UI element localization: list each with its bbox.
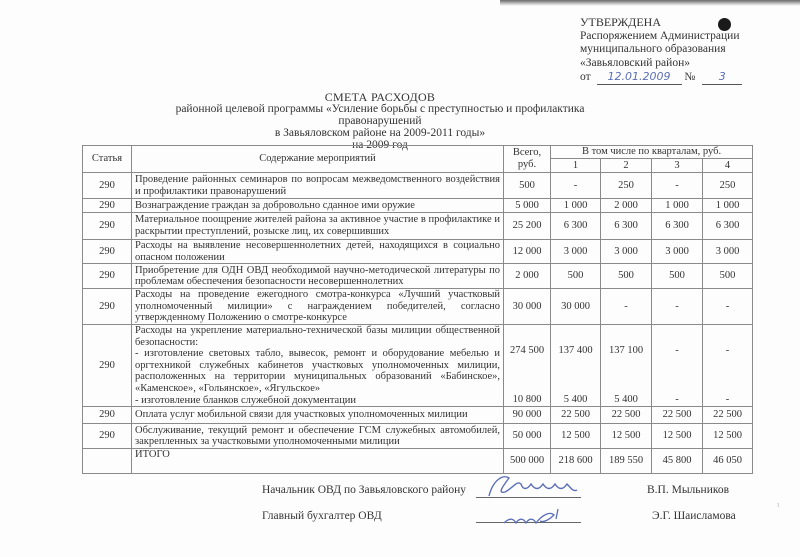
cell-q1: 22 500 bbox=[551, 407, 601, 424]
item1-q4: - bbox=[703, 345, 752, 357]
item2-q4: - bbox=[703, 394, 752, 406]
cell-q3: - bbox=[652, 289, 703, 325]
cell-content: Расходы на укрепление материально-технич… bbox=[132, 324, 504, 406]
cell-q1: 137 400 5 400 bbox=[551, 324, 601, 406]
cell-content: Обслуживание, текущий ремонт и обеспечен… bbox=[132, 424, 504, 449]
cell-content: Расходы на выявление несовершеннолетних … bbox=[132, 240, 504, 264]
cell-article: 290 bbox=[83, 264, 132, 289]
cell-article: 290 bbox=[83, 424, 132, 449]
cell-article: 290 bbox=[83, 213, 132, 240]
material-base-item-2: - изготовление бланков служебной докумен… bbox=[135, 395, 500, 407]
material-base-item-1: - изготовление световых табло, вывесок, … bbox=[135, 348, 500, 394]
table-row: 290Расходы на проведение ежегодного смот… bbox=[83, 289, 753, 325]
cell-q1: 12 500 bbox=[551, 424, 601, 449]
cell-total: 30 000 bbox=[504, 289, 551, 325]
cell-q1: 30 000 bbox=[551, 289, 601, 325]
margin-scribble: ~ bbox=[773, 502, 784, 509]
cell-q1: 3 000 bbox=[551, 240, 601, 264]
cell-q2: 3 000 bbox=[601, 240, 652, 264]
cell-content: Материальное поощрение жителей района за… bbox=[132, 213, 504, 240]
table-row: 290Обслуживание, текущий ремонт и обеспе… bbox=[83, 424, 753, 449]
signature-scribble-1 bbox=[483, 470, 583, 500]
cell-q1: - bbox=[551, 173, 601, 199]
signature-name-1: В.П. Мыльников bbox=[647, 484, 729, 496]
cell-content: Приобретение для ОДН ОВД необходимой нау… bbox=[132, 264, 504, 289]
cell-q4: 250 bbox=[703, 173, 753, 199]
cell-total: 5 000 bbox=[504, 199, 551, 213]
signature-name-2: Э.Г. Шаисламова bbox=[652, 510, 736, 522]
table-row-total: ИТОГО 500 000 218 600 189 550 45 800 46 … bbox=[83, 449, 753, 474]
approval-line-2: муниципального образования bbox=[580, 43, 742, 57]
cell-q4: 22 500 bbox=[703, 407, 753, 424]
document-title: СМЕТА РАСХОДОВ bbox=[140, 91, 620, 103]
document-heading: СМЕТА РАСХОДОВ районной целевой программ… bbox=[140, 91, 620, 151]
total-label: ИТОГО bbox=[132, 449, 504, 474]
item1-q2: 137 100 bbox=[601, 345, 651, 357]
cell-q3: 3 000 bbox=[652, 240, 703, 264]
scan-edge-shadow bbox=[500, 0, 800, 6]
header-content: Содержание мероприятий bbox=[132, 146, 504, 173]
signature-position-2: Главный бухгалтер ОВД bbox=[262, 510, 382, 522]
header-q1: 1 bbox=[551, 159, 601, 173]
cell-total: 274 500 10 800 bbox=[504, 324, 551, 406]
table-row-material-base: 290 Расходы на укрепление материально-те… bbox=[83, 324, 753, 406]
cell-q2: 500 bbox=[601, 264, 652, 289]
cell-article: 290 bbox=[83, 407, 132, 424]
cell-article: 290 bbox=[83, 324, 132, 406]
header-q2: 2 bbox=[601, 159, 652, 173]
cell-q4: 12 500 bbox=[703, 424, 753, 449]
cell-total: 12 000 bbox=[504, 240, 551, 264]
approval-line-3: «Завьяловский район» bbox=[580, 57, 742, 71]
cell-q4: 1 000 bbox=[703, 199, 753, 213]
header-quarters-group: В том числе по кварталам, руб. bbox=[551, 146, 753, 159]
budget-table: Статья Содержание мероприятий Всего, руб… bbox=[82, 145, 753, 474]
cell-q2: 137 100 5 400 bbox=[601, 324, 652, 406]
table-row: 290Материальное поощрение жителей района… bbox=[83, 213, 753, 240]
cell-total: 25 200 bbox=[504, 213, 551, 240]
table-row: 290Вознаграждение граждан за добровольно… bbox=[83, 199, 753, 213]
cell-q4: - - bbox=[703, 324, 753, 406]
cell-q4: - bbox=[703, 289, 753, 325]
signature-position-1: Начальник ОВД по Завьяловского району bbox=[262, 484, 466, 496]
cell-q2: 22 500 bbox=[601, 407, 652, 424]
cell-q2: 2 000 bbox=[601, 199, 652, 213]
cell-q3: 12 500 bbox=[652, 424, 703, 449]
cell-content: Вознаграждение граждан за добровольно сд… bbox=[132, 199, 504, 213]
approval-date-handwritten: 12.01.2009 bbox=[597, 70, 682, 85]
approval-number-handwritten: 3 bbox=[702, 70, 742, 85]
table-row: 290Проведение районных семинаров по вопр… bbox=[83, 173, 753, 199]
cell-q1: 500 bbox=[551, 264, 601, 289]
cell-article: 290 bbox=[83, 199, 132, 213]
cell-q3: 500 bbox=[652, 264, 703, 289]
cell-content: Проведение районных семинаров по вопроса… bbox=[132, 173, 504, 199]
approval-date-prefix: от bbox=[580, 71, 591, 83]
cell-article: 290 bbox=[83, 289, 132, 325]
cell-article: 290 bbox=[83, 240, 132, 264]
cell-q4: 500 bbox=[703, 264, 753, 289]
cell-q2: - bbox=[601, 289, 652, 325]
item2-q2: 5 400 bbox=[601, 394, 651, 406]
cell-q2: 6 300 bbox=[601, 213, 652, 240]
table-row: 290Расходы на выявление несовершеннолетн… bbox=[83, 240, 753, 264]
signature-scribble-2 bbox=[500, 505, 570, 535]
cell-article: 290 bbox=[83, 173, 132, 199]
approval-date-line: от 12.01.2009 № 3 bbox=[580, 70, 742, 85]
cell-q3: 1 000 bbox=[652, 199, 703, 213]
cell-q4: 6 300 bbox=[703, 213, 753, 240]
table-row: 290Оплата услуг мобильной связи для учас… bbox=[83, 407, 753, 424]
cell-q2: 250 bbox=[601, 173, 652, 199]
approval-line-1: Распоряжением Администрации bbox=[580, 30, 742, 44]
header-total: Всего, руб. bbox=[504, 146, 551, 173]
cell-total: 2 000 bbox=[504, 264, 551, 289]
header-article: Статья bbox=[83, 146, 132, 173]
heading-line-2: в Завьяловском районе на 2009-2011 годы» bbox=[140, 127, 620, 139]
cell-total: 500 bbox=[504, 173, 551, 199]
cell-q3: - - bbox=[652, 324, 703, 406]
item1-total: 274 500 bbox=[504, 345, 550, 357]
item2-q3: - bbox=[652, 394, 702, 406]
item1-q3: - bbox=[652, 345, 702, 357]
cell-q2: 12 500 bbox=[601, 424, 652, 449]
total-q4: 46 050 bbox=[703, 449, 753, 474]
cell-content: Оплата услуг мобильной связи для участко… bbox=[132, 407, 504, 424]
cell-q3: - bbox=[652, 173, 703, 199]
item2-total: 10 800 bbox=[504, 394, 550, 406]
heading-line-1: районной целевой программы «Усиление бор… bbox=[140, 103, 620, 127]
cell-total: 50 000 bbox=[504, 424, 551, 449]
cell-q1: 6 300 bbox=[551, 213, 601, 240]
material-base-intro: Расходы на укрепление материально-технич… bbox=[135, 325, 500, 348]
cell-q4: 3 000 bbox=[703, 240, 753, 264]
hole-punch-mark bbox=[718, 18, 731, 31]
header-q3: 3 bbox=[652, 159, 703, 173]
item2-q1: 5 400 bbox=[551, 394, 600, 406]
item1-q1: 137 400 bbox=[551, 345, 600, 357]
cell-article-empty bbox=[83, 449, 132, 474]
total-q3: 45 800 bbox=[652, 449, 703, 474]
cell-content: Расходы на проведение ежегодного смотра-… bbox=[132, 289, 504, 325]
cell-q3: 22 500 bbox=[652, 407, 703, 424]
table-row: 290Приобретение для ОДН ОВД необходимой … bbox=[83, 264, 753, 289]
cell-q3: 6 300 bbox=[652, 213, 703, 240]
cell-total: 90 000 bbox=[504, 407, 551, 424]
total-q2: 189 550 bbox=[601, 449, 652, 474]
cell-q1: 1 000 bbox=[551, 199, 601, 213]
approval-number-prefix: № bbox=[684, 71, 695, 83]
header-q4: 4 bbox=[703, 159, 753, 173]
